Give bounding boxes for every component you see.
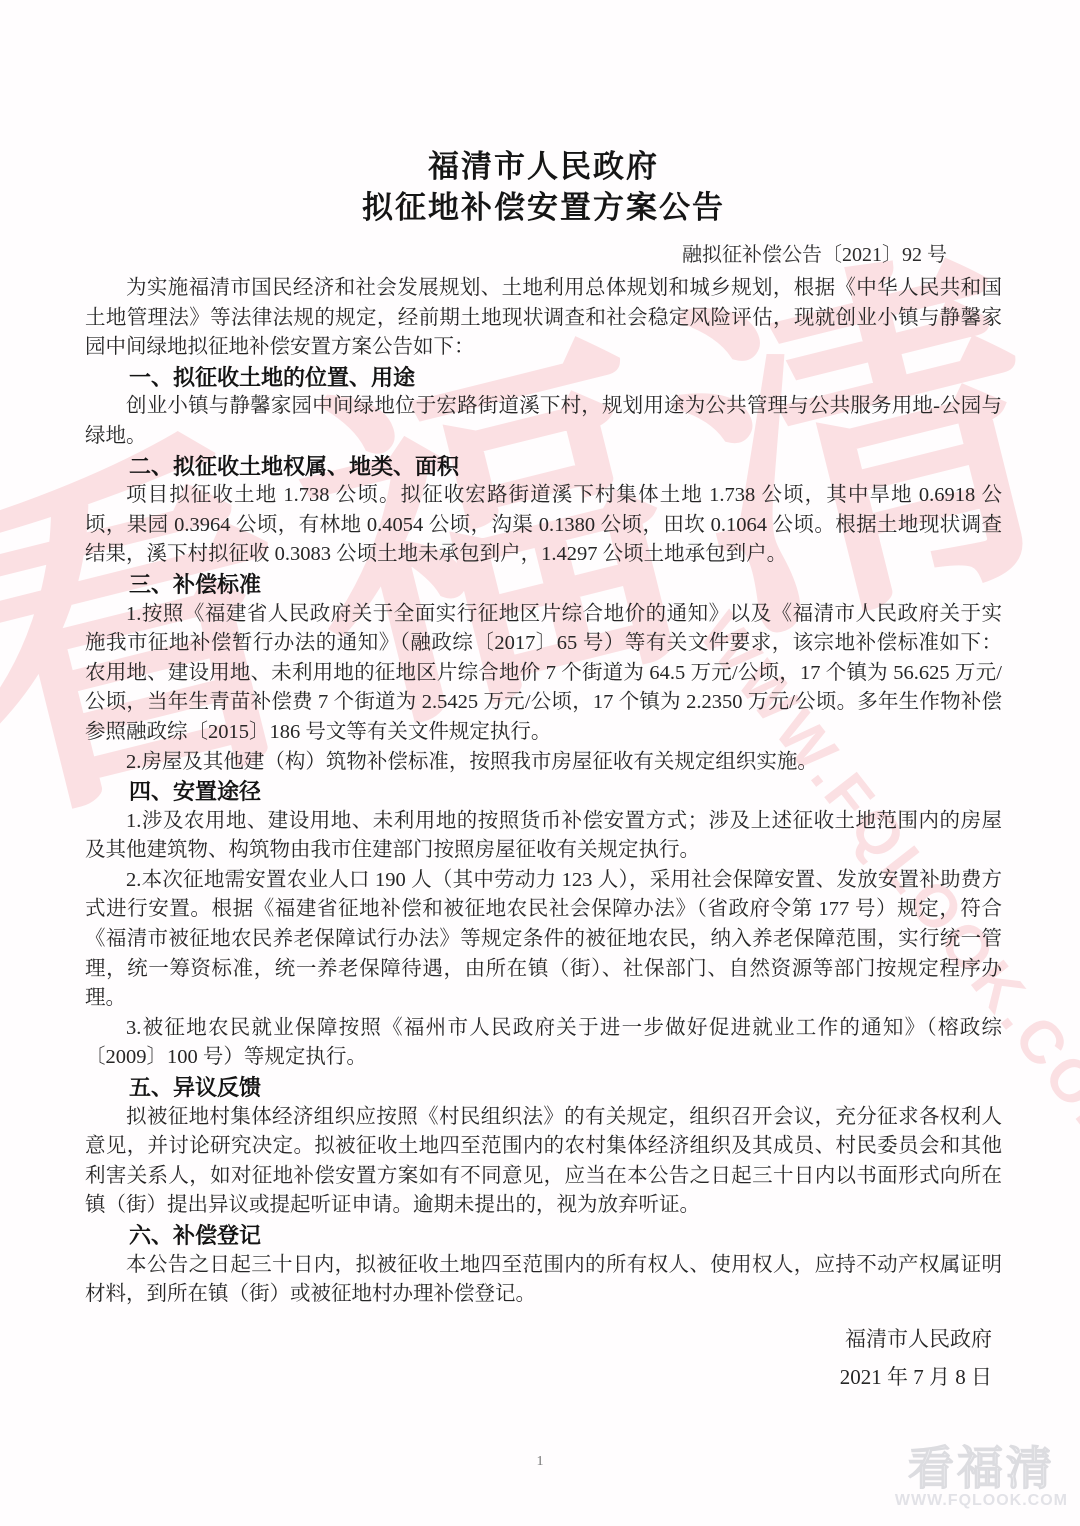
section-4-heading: 四、安置途径 [85, 777, 1002, 807]
issuing-authority: 福清市人民政府 [85, 1320, 992, 1358]
section-6-heading: 六、补偿登记 [85, 1221, 1002, 1251]
section-2-heading: 二、拟征收土地权属、地类、面积 [85, 452, 1002, 482]
signature-block: 福清市人民政府 2021 年 7 月 8 日 [85, 1320, 1002, 1396]
section-6-paragraph-1: 本公告之日起三十日内，拟被征收土地四至范围内的所有权人、使用权人，应持不动产权属… [85, 1251, 1002, 1310]
section-4-paragraph-1: 1.涉及农用地、建设用地、未利用地的按照货币补偿安置方式；涉及上述征收土地范围内… [85, 807, 1002, 866]
section-5-paragraph-1: 拟被征地村集体经济组织应按照《村民组织法》的有关规定，组织召开会议，充分征求各权… [85, 1103, 1002, 1221]
section-3-paragraph-1: 1.按照《福建省人民政府关于全面实行征地区片综合地价的通知》以及《福清市人民政府… [85, 600, 1002, 748]
issue-date: 2021 年 7 月 8 日 [85, 1358, 992, 1396]
section-1-heading: 一、拟征收土地的位置、用途 [85, 363, 1002, 393]
title-line-2: 拟征地补偿安置方案公告 [85, 187, 1002, 228]
section-4-paragraph-3: 3.被征地农民就业保障按照《福州市人民政府关于进一步做好促进就业工作的通知》（榕… [85, 1014, 1002, 1073]
section-3-heading: 三、补偿标准 [85, 570, 1002, 600]
document-body: 为实施福清市国民经济和社会发展规划、土地利用总体规划和城乡规划，根据《中华人民共… [85, 274, 1002, 1310]
corner-watermark-url: WWW.FQLOOK.COM [895, 1492, 1068, 1510]
page-number: 1 [0, 1454, 1080, 1470]
section-1-paragraph-1: 创业小镇与静馨家园中间绿地位于宏路街道溪下村，规划用途为公共管理与公共服务用地-… [85, 392, 1002, 451]
intro-paragraph: 为实施福清市国民经济和社会发展规划、土地利用总体规划和城乡规划，根据《中华人民共… [85, 274, 1002, 363]
document-page: 看福清 WWW.FQLOOK.COM 看福清 WWW.FQLOOK.COM 福清… [0, 0, 1080, 1526]
section-4-paragraph-2: 2.本次征地需安置农业人口 190 人（其中劳动力 123 人），采用社会保障安… [85, 866, 1002, 1014]
document-content: 福清市人民政府 拟征地补偿安置方案公告 融拟征补偿公告〔2021〕92 号 为实… [85, 146, 1002, 1396]
document-title: 福清市人民政府 拟征地补偿安置方案公告 [85, 146, 1002, 228]
section-2-paragraph-1: 项目拟征收土地 1.738 公顷。拟征收宏路街道溪下村集体土地 1.738 公顷… [85, 481, 1002, 570]
section-3-paragraph-2: 2.房屋及其他建（构）筑物补偿标准，按照我市房屋征收有关规定组织实施。 [85, 748, 1002, 778]
title-line-1: 福清市人民政府 [85, 146, 1002, 187]
section-5-heading: 五、异议反馈 [85, 1073, 1002, 1103]
document-number: 融拟征补偿公告〔2021〕92 号 [85, 240, 1002, 270]
